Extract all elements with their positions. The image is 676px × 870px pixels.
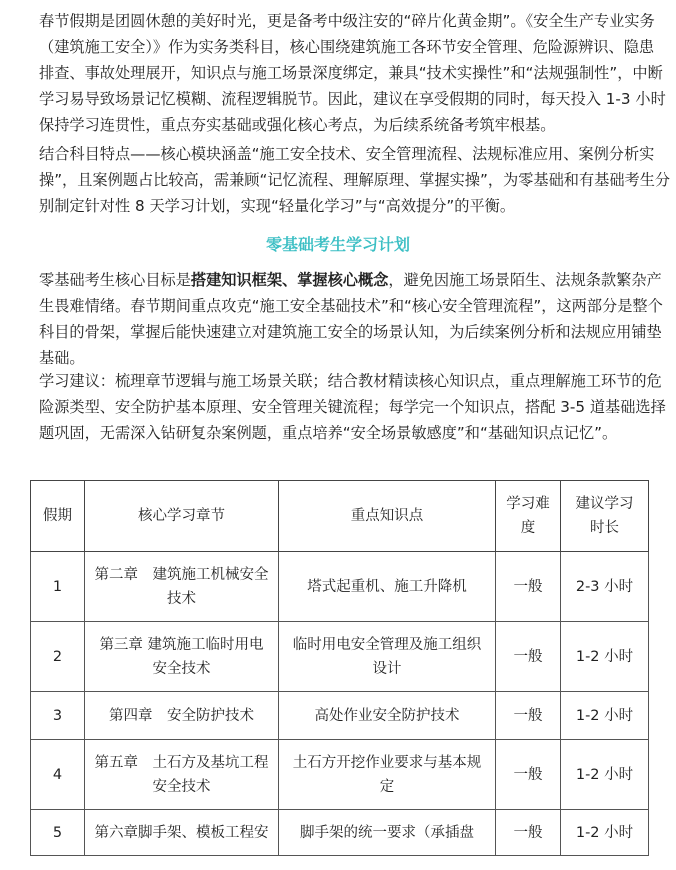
text-line: 生畏难情绪。春节期间重点攻克“施工安全基础技术”和“核心安全管理流程”，这两部分… xyxy=(39,293,649,319)
study-plan-table: 假期 核心学习章节 重点知识点 学习难度 建议学习时长 1 第二章 建筑施工机械… xyxy=(30,480,649,856)
cell-day: 1 xyxy=(31,552,85,622)
header-difficulty: 学习难度 xyxy=(496,481,561,552)
table-row: 3 第四章 安全防护技术 高处作业安全防护技术 一般 1-2 小时 xyxy=(31,692,649,740)
cell-chapter: 第四章 安全防护技术 xyxy=(85,692,279,740)
cell-text: 第二章 建筑施工机械安全 xyxy=(95,567,269,583)
text-line: 险源类型、安全防护基本原理、安全管理关键流程；每学完一个知识点，搭配 3-5 道… xyxy=(39,394,649,420)
cell-text: 第五章 土石方及基坑工程 xyxy=(95,755,269,771)
cell-difficulty: 一般 xyxy=(496,740,561,810)
text-line: 操”，且案例题占比较高，需兼顾“记忆流程、理解原理、掌握实操”，为零基础和有基础… xyxy=(39,167,649,193)
cell-text: 设计 xyxy=(373,661,402,677)
header-text: 学习难 xyxy=(506,496,550,512)
header-day: 假期 xyxy=(31,481,85,552)
header-duration: 建议学习时长 xyxy=(561,481,649,552)
cell-text: 安全技术 xyxy=(153,779,211,795)
cell-text: 临时用电安全管理及施工组织 xyxy=(293,637,482,653)
text-line: 别制定针对性 8 天学习计划，实现“轻量化学习”与“高效提分”的平衡。 xyxy=(39,193,649,219)
text-line: 春节假期是团圆休憩的美好时光，更是备考中级注安的“碎片化黄金期”。《安全生产专业… xyxy=(39,8,649,34)
cell-day: 3 xyxy=(31,692,85,740)
header-chapter: 核心学习章节 xyxy=(85,481,279,552)
cell-chapter: 第五章 土石方及基坑工程安全技术 xyxy=(85,740,279,810)
text-line: 学习易导致场景记忆模糊、流程逻辑脱节。因此，建议在享受假期的同时，每天投入 1-… xyxy=(39,86,649,112)
goal-emphasis: 搭建知识框架、掌握核心概念 xyxy=(191,271,388,289)
cell-chapter: 第六章脚手架、模板工程安 xyxy=(85,810,279,856)
text-line: 结合科目特点——核心模块涵盖“施工安全技术、安全管理流程、法规标准应用、案例分析… xyxy=(39,141,649,167)
cell-difficulty: 一般 xyxy=(496,622,561,692)
intro-paragraph-1: 春节假期是团圆休憩的美好时光，更是备考中级注安的“碎片化黄金期”。《安全生产专业… xyxy=(39,8,649,138)
cell-duration: 1-2 小时 xyxy=(561,810,649,856)
cell-points: 塔式起重机、施工升降机 xyxy=(279,552,496,622)
cell-text: 安全技术 xyxy=(153,661,211,677)
cell-text: 定 xyxy=(380,779,395,795)
cell-day: 4 xyxy=(31,740,85,810)
cell-duration: 2-3 小时 xyxy=(561,552,649,622)
cell-duration: 1-2 小时 xyxy=(561,622,649,692)
table-row: 5 第六章脚手架、模板工程安 脚手架的统一要求（承插盘 一般 1-2 小时 xyxy=(31,810,649,856)
cell-text: 技术 xyxy=(167,591,196,607)
cell-duration: 1-2 小时 xyxy=(561,692,649,740)
cell-duration: 1-2 小时 xyxy=(561,740,649,810)
goal-paragraph: 零基础考生核心目标是搭建知识框架、掌握核心概念，避免因施工场景陌生、法规条款繁杂… xyxy=(39,267,649,371)
text-line: 零基础考生核心目标是搭建知识框架、掌握核心概念，避免因施工场景陌生、法规条款繁杂… xyxy=(39,267,649,293)
goal-suffix: ，避免因施工场景陌生、法规条款繁杂产 xyxy=(388,271,661,289)
header-text: 度 xyxy=(521,520,536,536)
cell-difficulty: 一般 xyxy=(496,810,561,856)
cell-text: 第三章 建筑施工临时用电 xyxy=(99,637,263,653)
table-row: 4 第五章 土石方及基坑工程安全技术 土石方开挖作业要求与基本规定 一般 1-2… xyxy=(31,740,649,810)
intro-paragraph-2: 结合科目特点——核心模块涵盖“施工安全技术、安全管理流程、法规标准应用、案例分析… xyxy=(39,141,649,219)
cell-text: 土石方开挖作业要求与基本规 xyxy=(293,755,482,771)
cell-day: 2 xyxy=(31,622,85,692)
header-text: 建议学习 xyxy=(576,496,634,512)
text-line: 科目的骨架，掌握后能快速建立对建筑施工安全的场景认知，为后续案例分析和法规应用铺… xyxy=(39,319,649,345)
cell-points: 临时用电安全管理及施工组织设计 xyxy=(279,622,496,692)
cell-points: 脚手架的统一要求（承插盘 xyxy=(279,810,496,856)
header-text: 时长 xyxy=(590,520,619,536)
text-line: 题巩固，无需深入钻研复杂案例题，重点培养“安全场景敏感度”和“基础知识点记忆”。 xyxy=(39,420,649,446)
text-line: 保持学习连贯性，重点夯实基础或强化核心考点，为后续系统备考筑牢根基。 xyxy=(39,112,649,138)
table-row: 1 第二章 建筑施工机械安全技术 塔式起重机、施工升降机 一般 2-3 小时 xyxy=(31,552,649,622)
cell-points: 高处作业安全防护技术 xyxy=(279,692,496,740)
cell-points: 土石方开挖作业要求与基本规定 xyxy=(279,740,496,810)
text-line: 排查、事故处理展开，知识点与施工场景深度绑定，兼具“技术实操性”和“法规强制性”… xyxy=(39,60,649,86)
text-line: 学习建议：梳理章节逻辑与施工场景关联；结合教材精读核心知识点，重点理解施工环节的… xyxy=(39,368,649,394)
cell-day: 5 xyxy=(31,810,85,856)
table-row: 2 第三章 建筑施工临时用电安全技术 临时用电安全管理及施工组织设计 一般 1-… xyxy=(31,622,649,692)
cell-difficulty: 一般 xyxy=(496,552,561,622)
table-header-row: 假期 核心学习章节 重点知识点 学习难度 建议学习时长 xyxy=(31,481,649,552)
goal-prefix: 零基础考生核心目标是 xyxy=(39,271,191,289)
advice-paragraph: 学习建议：梳理章节逻辑与施工场景关联；结合教材精读核心知识点，重点理解施工环节的… xyxy=(39,368,649,446)
cell-difficulty: 一般 xyxy=(496,692,561,740)
cell-chapter: 第三章 建筑施工临时用电安全技术 xyxy=(85,622,279,692)
header-points: 重点知识点 xyxy=(279,481,496,552)
text-line: （建筑施工安全）》作为实务类科目，核心围绕建筑施工各环节安全管理、危险源辨识、隐… xyxy=(39,34,649,60)
cell-chapter: 第二章 建筑施工机械安全技术 xyxy=(85,552,279,622)
section-heading: 零基础考生学习计划 xyxy=(0,233,676,257)
